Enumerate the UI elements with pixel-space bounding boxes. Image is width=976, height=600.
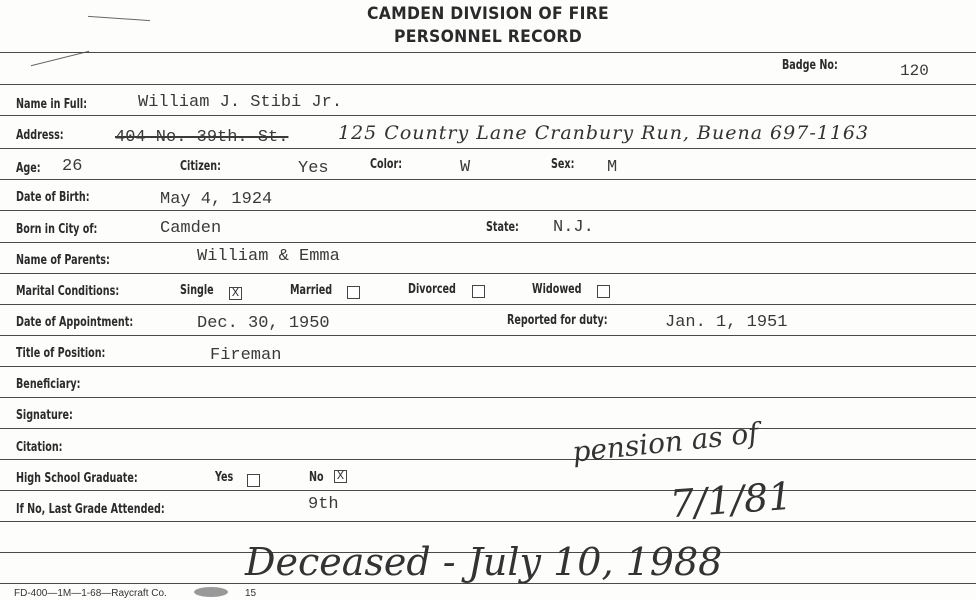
form-code: FD-400—1M—1-68—Raycraft Co. [14,588,167,599]
hs-yes-checkbox[interactable] [247,474,260,487]
rule [0,210,976,211]
born-city-value: Camden [160,219,221,238]
badge-label: Badge No: [782,58,838,73]
rule [0,490,976,491]
rule [0,52,976,53]
hs-yes-label: Yes [215,470,233,485]
age-label: Age: [16,161,41,176]
marital-single-checkbox[interactable]: X [229,287,242,300]
marital-label: Marital Conditions: [16,284,119,299]
marital-married-label: Married [290,283,332,298]
signature-label: Signature: [16,408,73,423]
rule [0,115,976,116]
marital-single-label: Single [180,283,214,298]
hs-no-label: No [309,470,324,485]
address-new-value: 125 Country Lane Cranbury Run, Buena 697… [338,122,869,144]
parents-label: Name of Parents: [16,253,110,268]
rule [0,397,976,398]
deceased-note: Deceased - July 10, 1988 [245,540,722,584]
age-value: 26 [62,157,82,176]
citizen-label: Citizen: [180,159,221,174]
rule [0,179,976,180]
reported-value: Jan. 1, 1951 [665,313,787,332]
name-label: Name in Full: [16,97,87,112]
form-number: 15 [245,588,256,599]
address-old-value: 404 No. 39th. St. [115,128,288,147]
marital-widowed-checkbox[interactable] [597,285,610,298]
parents-value: William & Emma [197,247,340,266]
rule [0,366,976,367]
marital-divorced-checkbox[interactable] [472,285,485,298]
marital-married-checkbox[interactable] [347,286,360,299]
born-city-label: Born in City of: [16,222,97,237]
pension-note: pension as of [571,416,760,468]
dob-value: May 4, 1924 [160,190,272,209]
dob-label: Date of Birth: [16,190,90,205]
hs-grad-label: High School Graduate: [16,471,138,486]
badge-value: 120 [900,62,929,80]
position-value: Fireman [210,346,281,365]
name-value: William J. Stibi Jr. [138,93,342,112]
form-title: CAMDEN DIVISION OF FIRE [39,4,937,24]
color-label: Color: [370,157,402,172]
beneficiary-label: Beneficiary: [16,377,81,392]
rule [0,242,976,243]
sex-label: Sex: [551,157,574,172]
rule [0,148,976,149]
address-label: Address: [16,128,64,143]
rule [0,273,976,274]
color-value: W [460,158,470,177]
state-label: State: [486,220,519,235]
appointment-label: Date of Appointment: [16,315,133,330]
rule [0,304,976,305]
marital-widowed-label: Widowed [532,282,582,297]
pension-date: 7/1/81 [669,474,794,526]
last-grade-label: If No, Last Grade Attended: [16,502,165,517]
rule [0,335,976,336]
rule [0,459,976,460]
hs-no-checkbox[interactable]: X [334,470,347,483]
sex-value: M [607,158,617,177]
state-value: N.J. [553,218,594,237]
marital-divorced-label: Divorced [408,282,456,297]
rule [0,521,976,522]
last-grade-value: 9th [308,495,339,514]
citizen-value: Yes [298,159,329,178]
rule [0,428,976,429]
reported-label: Reported for duty: [507,313,608,328]
union-label-icon [194,587,228,597]
form-subtitle: PERSONNEL RECORD [39,27,937,47]
rule [0,84,976,85]
citation-label: Citation: [16,440,63,455]
pen-mark [31,51,89,66]
appointment-value: Dec. 30, 1950 [197,314,330,333]
position-label: Title of Position: [16,346,105,361]
